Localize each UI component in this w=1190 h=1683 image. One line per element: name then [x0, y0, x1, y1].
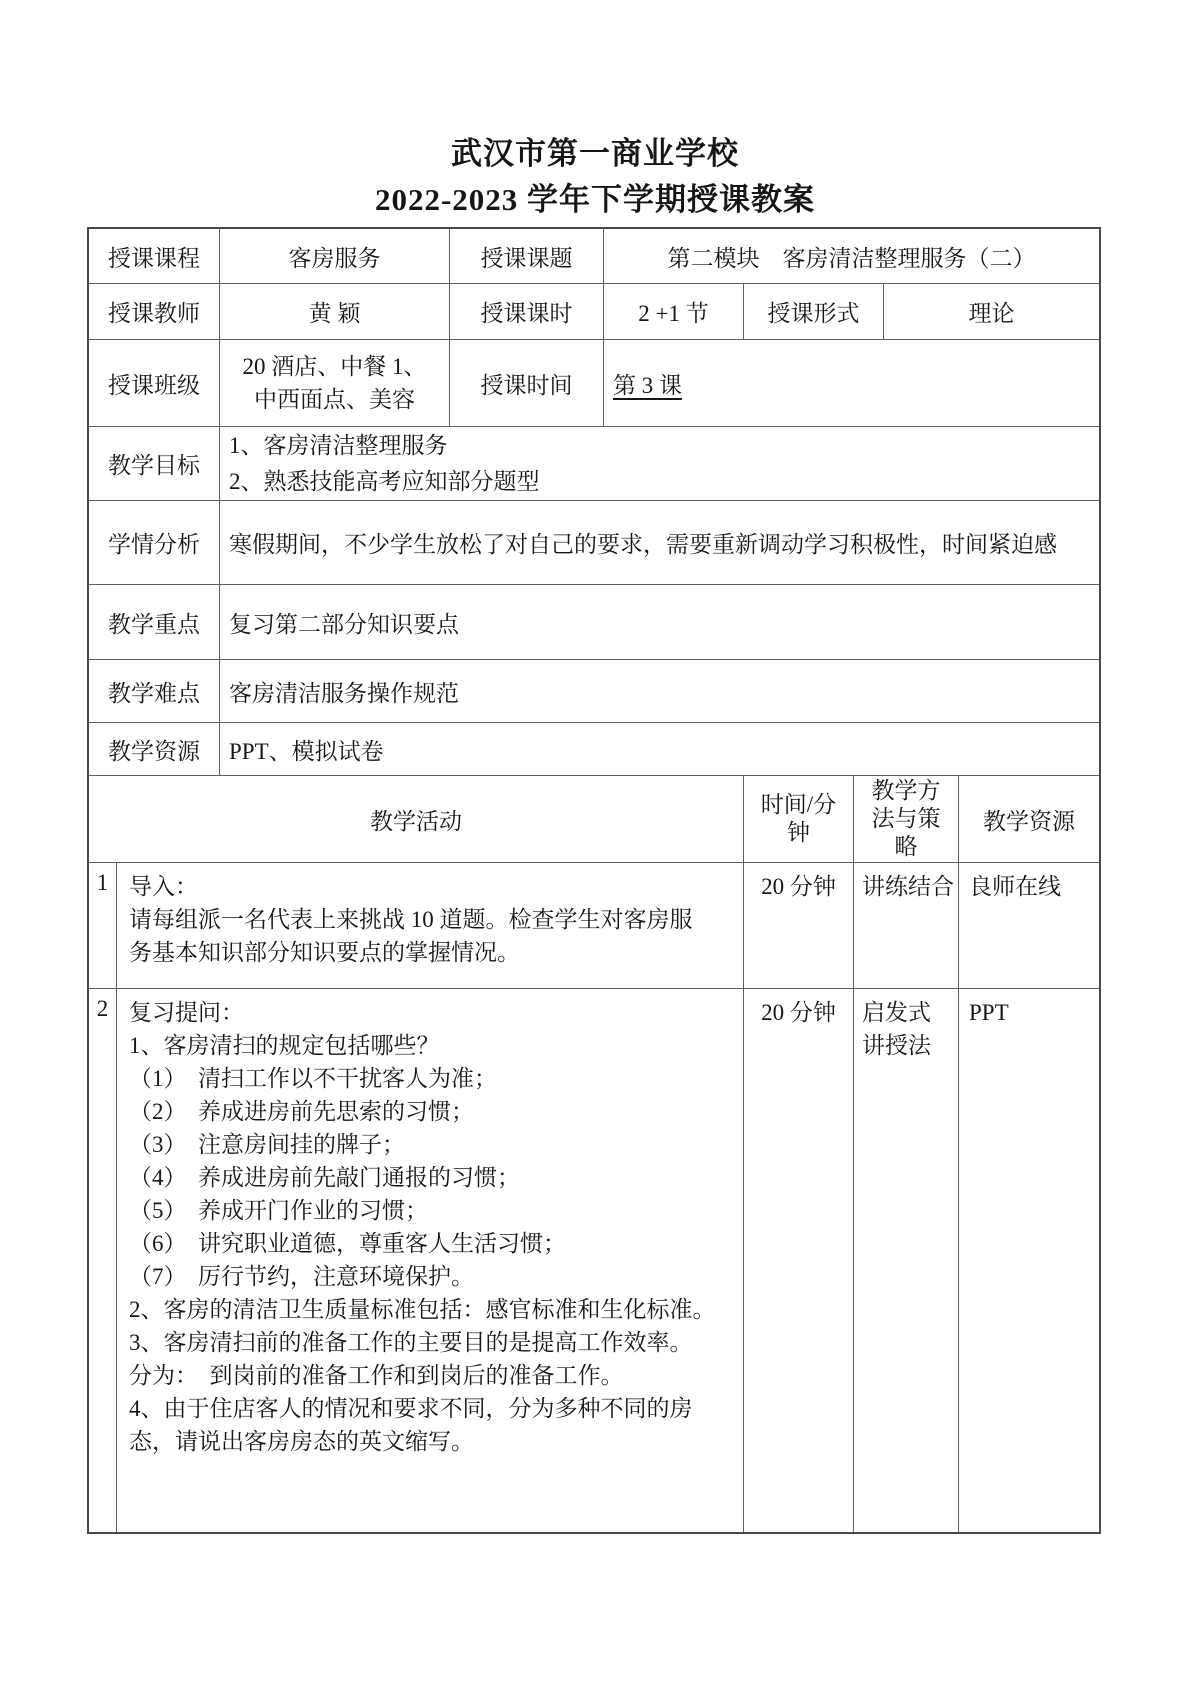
class-value: 20 酒店、中餐 1、 中西面点、美容: [220, 340, 450, 427]
course-label: 授课课程: [89, 229, 220, 284]
teacher-label: 授课教师: [89, 284, 220, 340]
goal-value: 1、客房清洁整理服务 2、熟悉技能高考应知部分题型: [220, 427, 1099, 501]
resource-value: PPT、模拟试卷: [220, 723, 1099, 776]
activity-2-number: 2: [89, 989, 117, 1532]
row-class-time: 授课班级 20 酒店、中餐 1、 中西面点、美容 授课时间 第 3 课: [89, 340, 1099, 427]
topic-label: 授课课题: [450, 229, 604, 284]
activity-1-resource: 良师在线: [959, 863, 1099, 989]
semester-heading: 2022-2023 学年下学期授课教案: [0, 177, 1190, 223]
activity-1-number: 1: [89, 863, 117, 989]
key-value: 复习第二部分知识要点: [220, 585, 1099, 660]
difficult-label: 教学难点: [89, 660, 220, 723]
row-resources: 教学资源 PPT、模拟试卷: [89, 723, 1099, 776]
document-page: 武汉市第一商业学校 2022-2023 学年下学期授课教案 授课课程 客房服务 …: [0, 0, 1190, 1683]
activity-header-label: 教学活动: [89, 776, 744, 863]
form-label: 授课形式: [744, 284, 884, 340]
hours-label: 授课课时: [450, 284, 604, 340]
activity-row-1: 1 导入： 请每组派一名代表上来挑战 10 道题。检查学生对客房服 务基本知识部…: [89, 863, 1099, 989]
school-name: 武汉市第一商业学校: [0, 131, 1190, 177]
activity-2-content: 复习提问： 1、客房清扫的规定包括哪些？ （1） 清扫工作以不干扰客人为准； （…: [117, 989, 744, 1532]
analysis-value: 寒假期间，不少学生放松了对自己的要求，需要重新调动学习积极性，时间紧迫感: [220, 501, 1099, 585]
document-title: 武汉市第一商业学校 2022-2023 学年下学期授课教案: [0, 0, 1190, 223]
row-key-points: 教学重点 复习第二部分知识要点: [89, 585, 1099, 660]
row-activity-header: 教学活动 时间/分 钟 教学方 法与策 略 教学资源: [89, 776, 1099, 863]
key-label: 教学重点: [89, 585, 220, 660]
activity-2-method: 启发式 讲授法: [854, 989, 959, 1532]
topic-value: 第二模块 客房清洁整理服务（二）: [604, 229, 1099, 284]
class-label: 授课班级: [89, 340, 220, 427]
activity-2-resource: PPT: [959, 989, 1099, 1532]
method-header-label: 教学方 法与策 略: [854, 776, 959, 863]
resource-header-label: 教学资源: [959, 776, 1099, 863]
row-course-topic: 授课课程 客房服务 授课课题 第二模块 客房清洁整理服务（二）: [89, 229, 1099, 284]
activity-1-time: 20 分钟: [744, 863, 854, 989]
activity-2-time: 20 分钟: [744, 989, 854, 1532]
form-value: 理论: [884, 284, 1099, 340]
time-value: 第 3 课: [604, 340, 1099, 427]
activity-1-content: 导入： 请每组派一名代表上来挑战 10 道题。检查学生对客房服 务基本知识部分知…: [117, 863, 744, 989]
row-teacher-hours-form: 授课教师 黄 颖 授课课时 2 +1 节 授课形式 理论: [89, 284, 1099, 340]
course-value: 客房服务: [220, 229, 450, 284]
activity-1-method: 讲练结合: [854, 863, 959, 989]
resource-label: 教学资源: [89, 723, 220, 776]
hours-value: 2 +1 节: [604, 284, 744, 340]
goal-label: 教学目标: [89, 427, 220, 501]
activity-row-2: 2 复习提问： 1、客房清扫的规定包括哪些？ （1） 清扫工作以不干扰客人为准；…: [89, 989, 1099, 1532]
time-header-label: 时间/分 钟: [744, 776, 854, 863]
row-goals: 教学目标 1、客房清洁整理服务 2、熟悉技能高考应知部分题型: [89, 427, 1099, 501]
analysis-label: 学情分析: [89, 501, 220, 585]
row-difficult-points: 教学难点 客房清洁服务操作规范: [89, 660, 1099, 723]
lesson-plan-table: 授课课程 客房服务 授课课题 第二模块 客房清洁整理服务（二） 授课教师 黄 颖…: [87, 227, 1101, 1534]
time-label: 授课时间: [450, 340, 604, 427]
row-analysis: 学情分析 寒假期间，不少学生放松了对自己的要求，需要重新调动学习积极性，时间紧迫…: [89, 501, 1099, 585]
teacher-value: 黄 颖: [220, 284, 450, 340]
time-value-underlined: 第 3 课: [613, 367, 682, 400]
difficult-value: 客房清洁服务操作规范: [220, 660, 1099, 723]
